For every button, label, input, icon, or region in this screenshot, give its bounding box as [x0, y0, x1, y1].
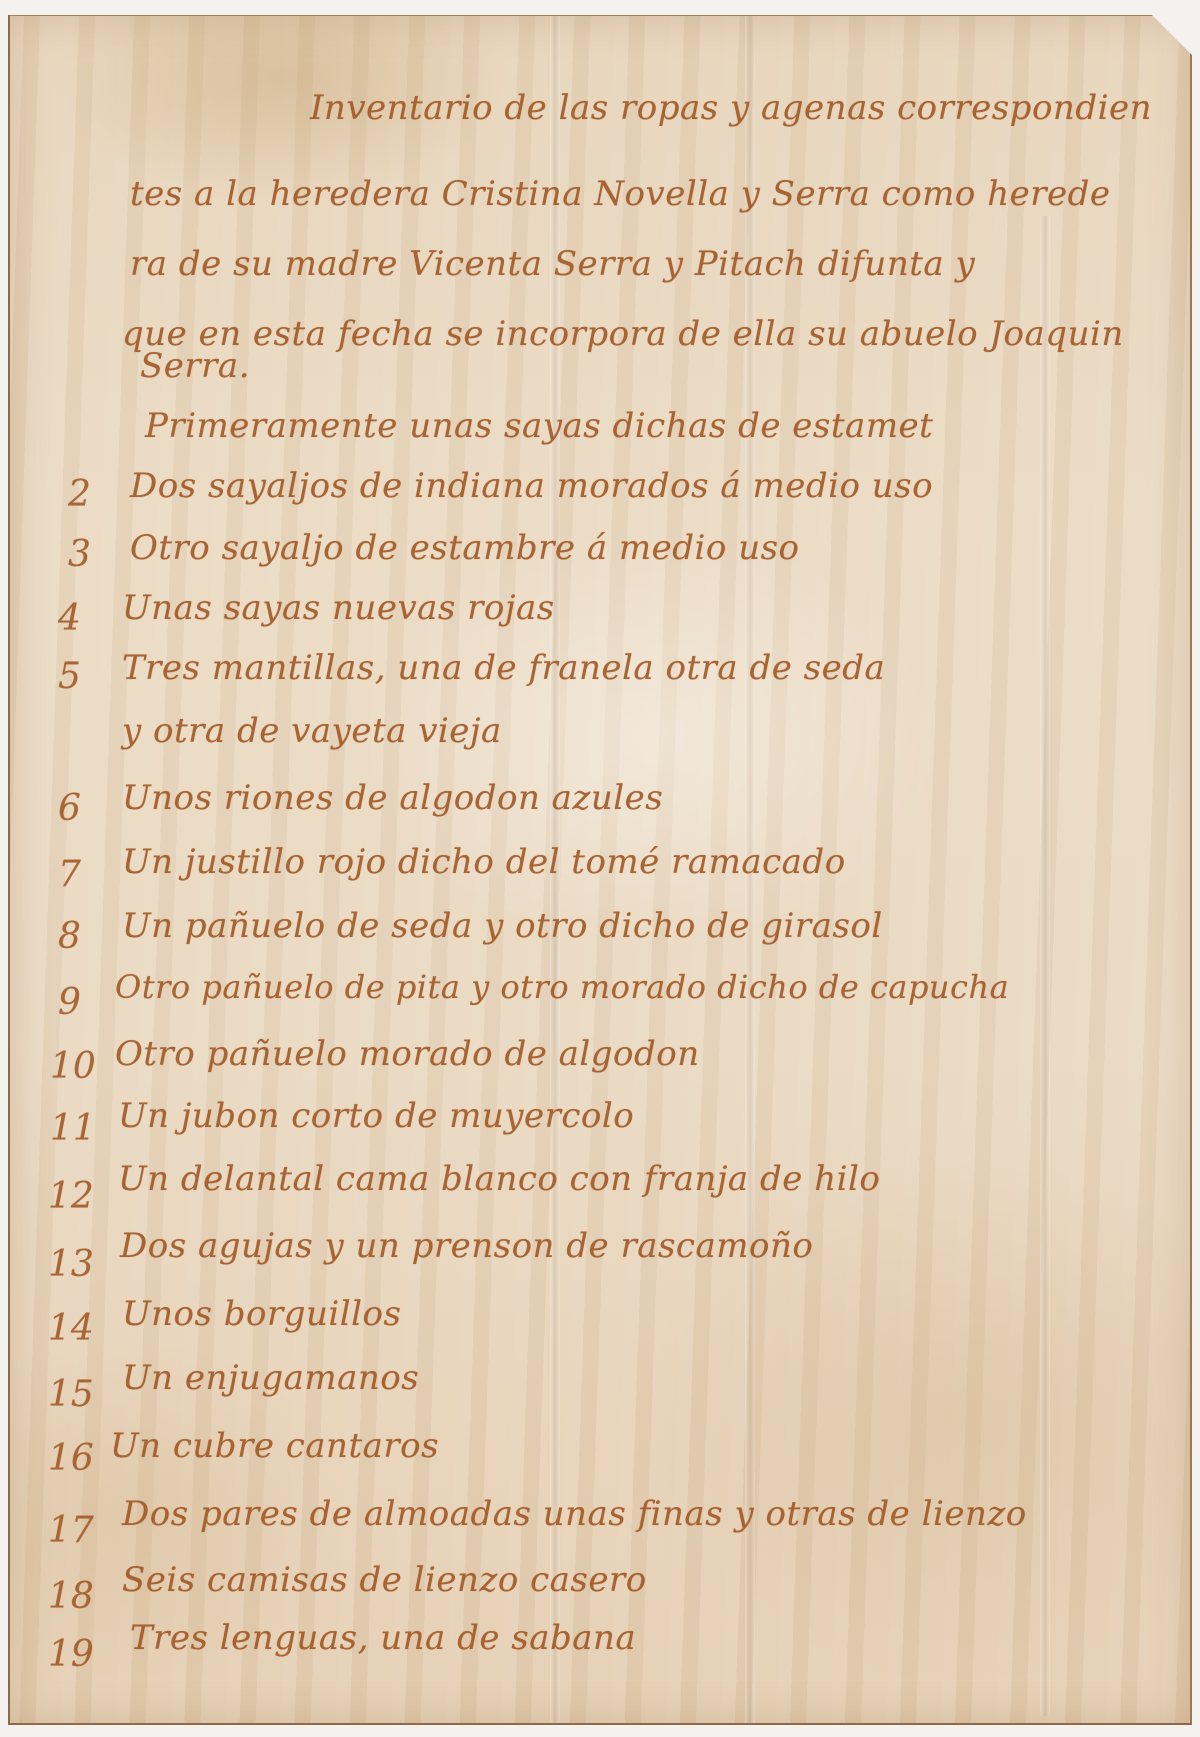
item-number: 9 — [58, 982, 81, 1023]
item-text: y otra de vayeta vieja — [122, 711, 502, 751]
item-text: Unas sayas nuevas rojas — [122, 588, 555, 628]
item-number: 10 — [50, 1046, 96, 1087]
item-text: Un delantal cama blanco con franja de hi… — [118, 1159, 880, 1199]
item-text: Un cubre cantaros — [110, 1426, 439, 1466]
item-number: 18 — [48, 1576, 94, 1617]
item-number: 8 — [58, 916, 81, 957]
item-number: 14 — [48, 1308, 94, 1349]
paper-crease — [1040, 216, 1050, 1716]
heading-line: tes a la heredera Cristina Novella y Ser… — [130, 174, 1110, 214]
heading-line: que en esta fecha se incorpora de ella s… — [122, 314, 1124, 354]
item-number: 6 — [58, 788, 81, 829]
item-text: Dos sayaljos de indiana morados á medio … — [130, 466, 933, 506]
item-number: 17 — [48, 1510, 94, 1551]
item-text: Un jubon corto de muyercolo — [118, 1096, 634, 1136]
folded-corner — [1152, 15, 1192, 55]
item-text: Otro pañuelo de pita y otro morado dicho… — [115, 968, 1009, 1006]
item-text: Un enjugamanos — [122, 1358, 419, 1398]
item-text: Otro sayaljo de estambre á medio uso — [130, 528, 800, 568]
item-text: Tres lenguas, una de sabana — [130, 1618, 636, 1658]
item-text: Un justillo rojo dicho del tomé ramacado — [122, 842, 846, 882]
item-number: 5 — [58, 656, 81, 697]
item-number: 12 — [48, 1176, 94, 1217]
heading-line: Serra. — [140, 346, 250, 386]
item-number: 4 — [58, 598, 81, 639]
item-number: 7 — [58, 854, 81, 895]
heading-line: Inventario de las ropas y agenas corresp… — [310, 88, 1152, 128]
heading-line: ra de su madre Vicenta Serra y Pitach di… — [130, 244, 975, 284]
item-text: Dos agujas y un prenson de rascamoño — [120, 1226, 813, 1266]
item-text: Primeramente unas sayas dichas de estame… — [145, 406, 933, 446]
manuscript-page: Inventario de las ropas y agenas corresp… — [8, 15, 1192, 1725]
item-text: Unos borguillos — [122, 1294, 401, 1334]
item-number: 2 — [68, 474, 91, 515]
item-text: Otro pañuelo morado de algodon — [115, 1034, 700, 1074]
item-number: 15 — [48, 1374, 94, 1415]
item-number: 3 — [68, 534, 91, 575]
item-number: 19 — [48, 1634, 94, 1675]
item-text: Unos riones de algodon azules — [122, 778, 663, 818]
item-text: Un pañuelo de seda y otro dicho de giras… — [122, 906, 883, 946]
item-number: 11 — [50, 1108, 96, 1149]
item-number: 16 — [48, 1438, 94, 1479]
item-text: Seis camisas de lienzo casero — [122, 1560, 647, 1600]
item-text: Tres mantillas, una de franela otra de s… — [122, 648, 885, 688]
item-text: Dos pares de almoadas unas finas y otras… — [122, 1494, 1027, 1534]
item-number: 13 — [48, 1244, 94, 1285]
